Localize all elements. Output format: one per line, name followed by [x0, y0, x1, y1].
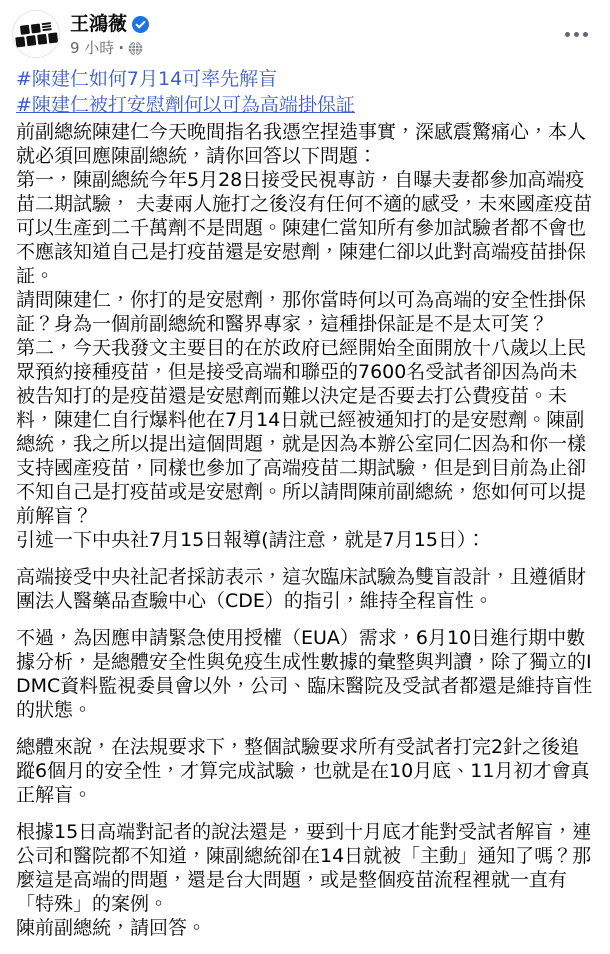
- more-options-icon: [565, 32, 570, 37]
- post-paragraph: 前副總統陳建仁今天晚間指名我憑空捏造事實，深感震驚痛心，本人就必須回應陳副總統，…: [16, 120, 596, 552]
- post-paragraph: 高端接受中央社記者採訪表示，這次臨床試驗為雙盲設計，且遵循財團法人醫藥品查驗中心…: [16, 565, 596, 613]
- avatar-logo: [12, 10, 60, 58]
- facebook-post: 王鴻薇 9 小時 ·: [0, 0, 610, 954]
- more-options-button[interactable]: [558, 22, 594, 46]
- hashtag-link-2[interactable]: #陳建仁被打安慰劑何以可為高端掛保証: [16, 92, 355, 118]
- hashtag-link-1[interactable]: #陳建仁如何7月14可率先解盲: [16, 66, 277, 92]
- hashtag-block: #陳建仁如何7月14可率先解盲 #陳建仁被打安慰劑何以可為高端掛保証: [16, 66, 596, 118]
- post-paragraph: 不過，為因應申請緊急使用授權（EUA）需求，6月10日進行期中數據分析，是總體安…: [16, 626, 596, 722]
- meta-separator: ·: [118, 38, 124, 58]
- post-header: 王鴻薇 9 小時 ·: [0, 0, 610, 62]
- header-text: 王鴻薇 9 小時 ·: [70, 10, 594, 58]
- avatar[interactable]: [12, 10, 60, 58]
- post-paragraph: 總體來說，在法規要求下，整個試驗要求所有受試者打完2針之後追蹤6個月的安全性，才…: [16, 735, 596, 807]
- post-content: #陳建仁如何7月14可率先解盲 #陳建仁被打安慰劑何以可為高端掛保証 前副總統陳…: [0, 62, 610, 954]
- post-paragraph: 根據15日高端對記者的說法還是，要到十月底才能對受試者解盲，連公司和醫院都不知道…: [16, 820, 596, 940]
- verified-badge-icon: [132, 16, 149, 33]
- public-globe-icon: [128, 41, 143, 56]
- timestamp[interactable]: 9 小時: [70, 38, 114, 58]
- author-name[interactable]: 王鴻薇: [70, 12, 127, 36]
